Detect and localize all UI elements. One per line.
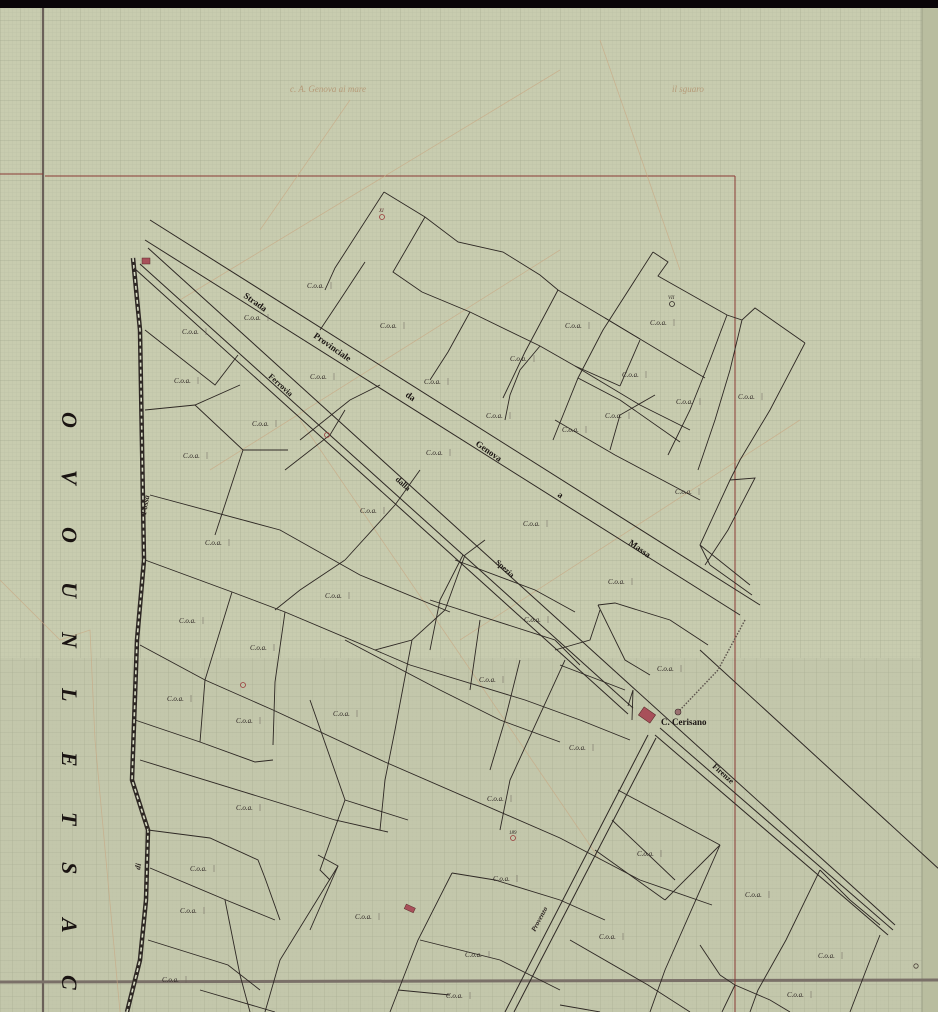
svg-text:E: E	[57, 751, 82, 767]
marker-xi-label: XI	[378, 209, 384, 214]
parcel-label[interactable]: C.o.a.	[510, 355, 527, 363]
label-cerisano: C. Cerisano	[661, 717, 707, 727]
parcel-label[interactable]: C.o.a.	[745, 891, 762, 899]
parcel-label[interactable]: C.o.a.	[787, 991, 804, 999]
parcel-label[interactable]: C.o.a.	[162, 976, 179, 984]
parcel-label[interactable]: C.o.a.	[355, 913, 372, 921]
parcel-label[interactable]: C.o.a.	[307, 282, 324, 290]
svg-text:N: N	[57, 631, 82, 649]
parcel-label[interactable]: C.o.a.	[360, 507, 377, 515]
marker-vii-label: VII	[668, 296, 675, 301]
map-canvas: c. A. Genova ai mare il sguaro O V O U N…	[0, 0, 938, 1012]
parcel-label[interactable]: C.o.a.	[325, 592, 342, 600]
cadastral-map[interactable]: c. A. Genova ai mare il sguaro O V O U N…	[0, 0, 938, 1012]
parcel-label[interactable]: C.o.a.	[424, 378, 441, 386]
svg-text:L: L	[57, 687, 82, 701]
marker-crossing[interactable]	[675, 709, 681, 715]
fold-line	[0, 980, 938, 982]
parcel-label[interactable]: C.o.a.	[524, 616, 541, 624]
parcel-label[interactable]: C.o.a.	[486, 412, 503, 420]
parcel-label[interactable]: C.o.a.	[657, 665, 674, 673]
svg-text:O: O	[57, 527, 82, 543]
parcel-label[interactable]: C.o.a.	[252, 420, 269, 428]
parcel-label[interactable]: C.o.a.	[174, 377, 191, 385]
parcel-label[interactable]: C.o.a.	[565, 322, 582, 330]
parcel-label[interactable]: C.o.a.	[818, 952, 835, 960]
parcel-label[interactable]: C.o.a.	[650, 319, 667, 327]
svg-text:U: U	[57, 582, 82, 599]
parcel-label[interactable]: C.o.a.	[738, 393, 755, 401]
parcel-label[interactable]: C.o.a.	[380, 322, 397, 330]
parcel-label[interactable]: C.o.a.	[179, 617, 196, 625]
parcel-label[interactable]: C.o.a.	[426, 449, 443, 457]
parcel-label[interactable]: C.o.a.	[182, 328, 199, 336]
parcel-label[interactable]: C.o.a.	[622, 371, 639, 379]
parcel-label[interactable]: C.o.a.	[446, 992, 463, 1000]
parcel-label[interactable]: C.o.a.	[205, 539, 222, 547]
parcel-label[interactable]: C.o.a.	[167, 695, 184, 703]
parcel-label[interactable]: C.o.a.	[676, 398, 693, 406]
building-top-left[interactable]	[142, 258, 150, 264]
parcel-label[interactable]: C.o.a.	[465, 951, 482, 959]
svg-text:S: S	[57, 862, 82, 874]
parcel-label[interactable]: C.o.a.	[523, 520, 540, 528]
parcel-label[interactable]: C.o.a.	[479, 676, 496, 684]
parcel-label[interactable]: C.o.a.	[637, 850, 654, 858]
parcel-label[interactable]: C.o.a.	[333, 710, 350, 718]
parcel-label[interactable]: C.o.a.	[244, 314, 261, 322]
parcel-label[interactable]: C.o.a.	[599, 933, 616, 941]
parcel-label[interactable]: C.o.a.	[310, 373, 327, 381]
svg-text:V: V	[57, 470, 82, 487]
parcel-label[interactable]: C.o.a.	[190, 865, 207, 873]
svg-text:C: C	[57, 975, 82, 990]
parcel-label[interactable]: C.o.a.	[675, 488, 692, 496]
parcel-label[interactable]: C.o.a.	[180, 907, 197, 915]
svg-text:A: A	[57, 916, 82, 933]
parcel-label[interactable]: C.o.a.	[569, 744, 586, 752]
parcel-label[interactable]: C.o.a.	[493, 875, 510, 883]
faint-note-1: c. A. Genova ai mare	[290, 84, 366, 94]
parcel-label[interactable]: C.o.a.	[487, 795, 504, 803]
parcel-label[interactable]: C.o.a.	[183, 452, 200, 460]
svg-text:O: O	[57, 412, 82, 428]
parcel-label[interactable]: C.o.a.	[605, 412, 622, 420]
svg-text:T: T	[57, 812, 82, 827]
parcel-label[interactable]: C.o.a.	[608, 578, 625, 586]
parcel-label[interactable]: C.o.a.	[562, 426, 579, 434]
marker-189-label: 189	[509, 831, 517, 836]
parcel-label[interactable]: C.o.a.	[250, 644, 267, 652]
parcel-label[interactable]: C.o.a.	[236, 804, 253, 812]
parcel-label[interactable]: C.o.a.	[236, 717, 253, 725]
faint-note-2: il sguaro	[672, 84, 704, 94]
